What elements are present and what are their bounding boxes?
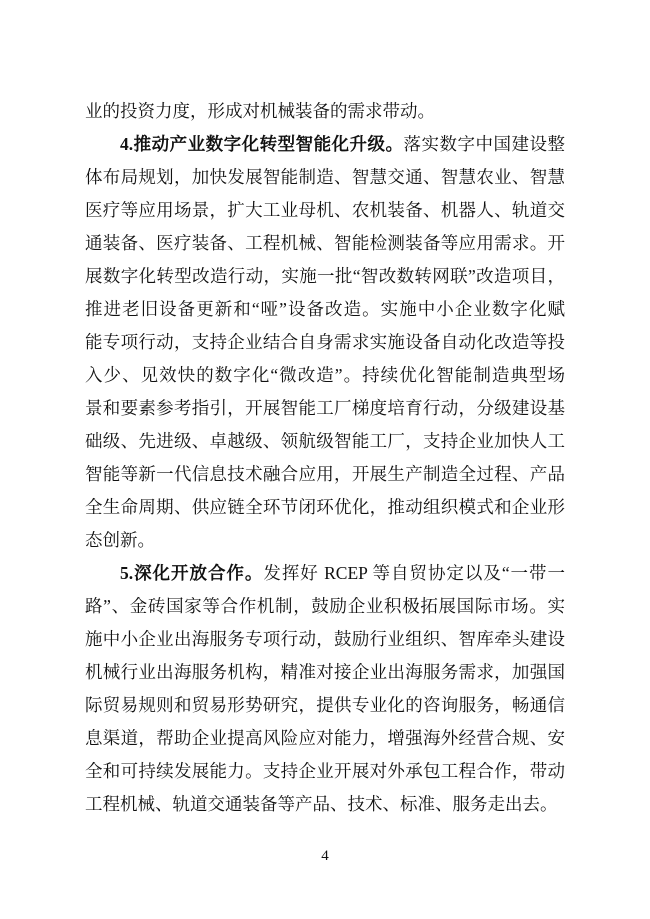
text-segment: 础级、先进级、卓越级、领航级智能工厂，支持企业加快人工 — [85, 431, 565, 451]
text-segment: 机械行业出海服务机构，精准对接企业出海服务需求，加强国 — [85, 662, 565, 682]
text-line: 景和要素参考指引，开展智能工厂梯度培育行动，分级建设基 — [85, 392, 565, 425]
text-line: 通装备、医疗装备、工程机械、智能检测装备等应用需求。开 — [85, 227, 565, 260]
text-line: 息渠道，帮助企业提高风险应对能力，增强海外经营合规、安 — [85, 722, 565, 755]
text-line: 机械行业出海服务机构，精准对接企业出海服务需求，加强国 — [85, 656, 565, 689]
page-number: 4 — [0, 846, 650, 866]
text-line: 态创新。 — [85, 524, 565, 557]
text-segment: 景和要素参考指引，开展智能工厂梯度培育行动，分级建设基 — [85, 398, 565, 418]
text-segment: 全和可持续发展能力。支持企业开展对外承包工程合作，带动 — [85, 761, 565, 781]
text-segment: 落实数字中国建设整 — [404, 134, 565, 154]
text-segment: 展数字化转型改造行动，实施一批“智改数转网联”改造项目， — [85, 266, 565, 286]
text-segment: 全生命周期、供应链全环节闭环优化，推动组织模式和企业形 — [85, 497, 565, 517]
text-line: 5.深化开放合作。发挥好 RCEP 等自贸协定以及“一带一 — [85, 557, 565, 590]
text-segment: 医疗等应用场景，扩大工业母机、农机装备、机器人、轨道交 — [85, 200, 565, 220]
document-body: 业的投资力度，形成对机械装备的需求带动。4.推动产业数字化转型智能化升级。落实数… — [85, 95, 565, 821]
text-segment: 业的投资力度，形成对机械装备的需求带动。 — [85, 101, 435, 121]
text-line: 体布局规划，加快发展智能制造、智慧交通、智慧农业、智慧 — [85, 161, 565, 194]
text-segment: 发挥好 RCEP 等自贸协定以及“一带一 — [263, 563, 565, 583]
text-segment: 推进老旧设备更新和“哑”设备改造。实施中小企业数字化赋 — [85, 299, 565, 319]
text-line: 4.推动产业数字化转型智能化升级。落实数字中国建设整 — [85, 128, 565, 161]
text-segment-bold: 4.推动产业数字化转型智能化升级。 — [120, 134, 404, 154]
text-line: 展数字化转型改造行动，实施一批“智改数转网联”改造项目， — [85, 260, 565, 293]
text-segment: 通装备、医疗装备、工程机械、智能检测装备等应用需求。开 — [85, 233, 565, 253]
text-line: 础级、先进级、卓越级、领航级智能工厂，支持企业加快人工 — [85, 425, 565, 458]
text-line: 智能等新一代信息技术融合应用，开展生产制造全过程、产品 — [85, 458, 565, 491]
text-line: 医疗等应用场景，扩大工业母机、农机装备、机器人、轨道交 — [85, 194, 565, 227]
text-line: 推进老旧设备更新和“哑”设备改造。实施中小企业数字化赋 — [85, 293, 565, 326]
text-segment: 体布局规划，加快发展智能制造、智慧交通、智慧农业、智慧 — [85, 167, 565, 187]
text-line: 入少、见效快的数字化“微改造”。持续优化智能制造典型场 — [85, 359, 565, 392]
text-segment: 施中小企业出海服务专项行动，鼓励行业组织、智库牵头建设 — [85, 629, 565, 649]
text-line: 工程机械、轨道交通装备等产品、技术、标准、服务走出去。 — [85, 788, 565, 821]
text-segment: 智能等新一代信息技术融合应用，开展生产制造全过程、产品 — [85, 464, 565, 484]
text-segment-bold: 5.深化开放合作。 — [120, 563, 263, 583]
text-line: 际贸易规则和贸易形势研究，提供专业化的咨询服务，畅通信 — [85, 689, 565, 722]
text-line: 能专项行动，支持企业结合自身需求实施设备自动化改造等投 — [85, 326, 565, 359]
text-segment: 入少、见效快的数字化“微改造”。持续优化智能制造典型场 — [85, 365, 565, 385]
text-line: 全生命周期、供应链全环节闭环优化，推动组织模式和企业形 — [85, 491, 565, 524]
text-segment: 工程机械、轨道交通装备等产品、技术、标准、服务走出去。 — [85, 794, 558, 814]
text-segment: 际贸易规则和贸易形势研究，提供专业化的咨询服务，畅通信 — [85, 695, 565, 715]
text-line: 路”、金砖国家等合作机制，鼓励企业积极拓展国际市场。实 — [85, 590, 565, 623]
text-line: 施中小企业出海服务专项行动，鼓励行业组织、智库牵头建设 — [85, 623, 565, 656]
text-line: 业的投资力度，形成对机械装备的需求带动。 — [85, 95, 565, 128]
document-page: 业的投资力度，形成对机械装备的需求带动。4.推动产业数字化转型智能化升级。落实数… — [0, 0, 650, 919]
text-segment: 能专项行动，支持企业结合自身需求实施设备自动化改造等投 — [85, 332, 565, 352]
text-line: 全和可持续发展能力。支持企业开展对外承包工程合作，带动 — [85, 755, 565, 788]
text-segment: 态创新。 — [85, 530, 155, 550]
text-segment: 路”、金砖国家等合作机制，鼓励企业积极拓展国际市场。实 — [85, 596, 565, 616]
text-segment: 息渠道，帮助企业提高风险应对能力，增强海外经营合规、安 — [85, 728, 565, 748]
